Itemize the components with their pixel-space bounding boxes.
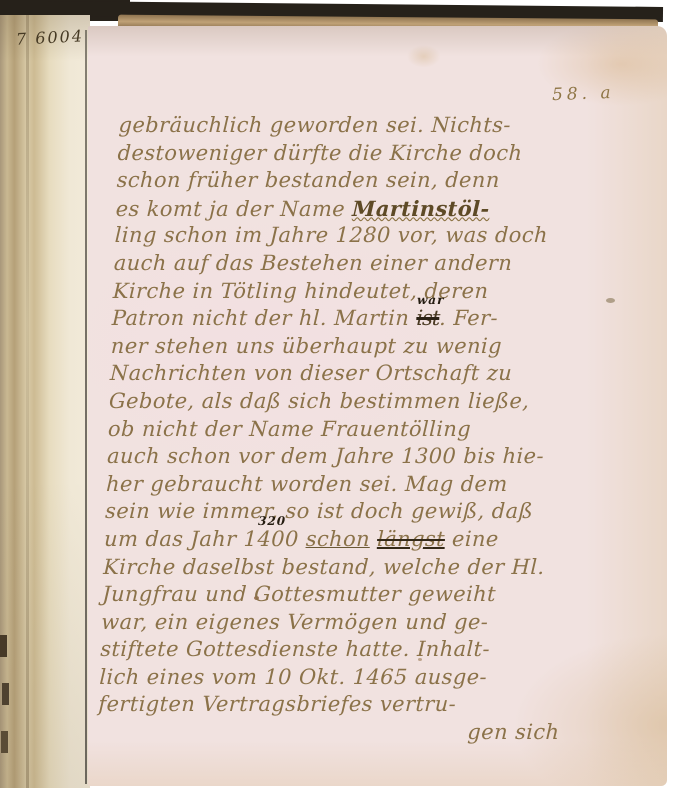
text-line: Gebote, als daß sich bestimmen ließe,	[108, 388, 589, 416]
text-segment: längst	[377, 527, 446, 551]
text-segment: stiftete Gottesdienste hatte. Inhalt-	[100, 637, 491, 661]
text-line: ob nicht der Name Frauentölling	[108, 416, 589, 444]
text-line: auch schon vor dem Jahre 1300 bis hie-	[107, 443, 588, 471]
text-line: auch auf das Bestehen einer andern	[113, 250, 594, 278]
text-line: Kirche in Tötling hindeutet, deren	[112, 278, 593, 306]
handwritten-text-block: gebräuchlich geworden sei. Nichts-destow…	[97, 112, 599, 747]
text-segment: Jungfrau und Gottesmutter geweiht	[102, 582, 497, 606]
text-segment: ob nicht der Name Frauentölling	[108, 417, 472, 441]
text-segment: gebräuchlich geworden sei. Nichts-	[118, 113, 511, 137]
text-segment: fertigten Vertragsbriefes vertru-	[98, 692, 457, 716]
text-segment: ling schon im Jahre 1280 vor, was doch	[114, 223, 548, 247]
text-line: war, ein eigenes Vermögen und ge-	[101, 609, 582, 637]
text-segment: destoweniger dürfte die Kirche doch	[117, 141, 523, 165]
text-segment: schon früher bestanden sein, denn	[116, 168, 500, 192]
text-segment: Nachrichten von dieser Ortschaft zu	[110, 361, 513, 385]
text-segment: schon	[305, 527, 370, 551]
text-segment: sein wie immer, so ist doch gewiß, daß	[105, 499, 534, 523]
text-segment: Gebote, als daß sich bestimmen ließe,	[109, 389, 530, 413]
text-segment: auch auf das Bestehen einer andern	[113, 251, 512, 275]
text-segment: um das Jahr 1	[104, 527, 258, 551]
text-line: Kirche daselbst bestand, welche der Hl.	[103, 554, 584, 582]
text-segment: . Fer-	[439, 306, 499, 330]
text-line: Jungfrau und Gottesmutter geweiht	[102, 581, 583, 609]
text-line: gen sich	[97, 719, 578, 747]
text-line: stiftete Gottesdienste hatte. Inhalt-	[100, 636, 581, 664]
binding-crease	[26, 15, 29, 788]
text-segment: war, ein eigenes Vermögen und ge-	[101, 610, 489, 634]
scribbled-out-word: istwar	[416, 306, 440, 330]
text-segment: Martinstöl-	[352, 196, 490, 221]
paper-stain	[606, 298, 615, 303]
text-line: her gebraucht worden sei. Mag dem	[106, 471, 587, 499]
text-line: es komt ja der Name Martinstöl-	[115, 195, 596, 223]
text-segment: her gebraucht worden sei. Mag dem	[106, 472, 508, 496]
text-segment: lich eines vom 10 Okt. 1465 ausge-	[99, 665, 488, 689]
text-line: ner stehen uns überhaupt zu wenig	[110, 333, 591, 361]
scanned-manuscript-page: 7 6004 58. a gebräuchlich geworden sei. …	[0, 0, 679, 800]
shelf-mark: 7 6004	[16, 26, 85, 49]
binding-dark-marks	[0, 635, 7, 657]
page-number: 58. a	[552, 83, 615, 105]
book-binding-edge	[0, 15, 90, 788]
inserted-correction: 320	[258, 515, 286, 527]
text-line: destoweniger dürfte die Kirche doch	[117, 140, 598, 168]
text-line: um das Jahr 1400320 schon längst eine	[104, 526, 585, 554]
text-line: sein wie immer, so ist doch gewiß, daß	[105, 498, 586, 526]
text-segment: Patron nicht der hl. Martin	[111, 306, 416, 330]
text-segment: Kirche daselbst bestand, welche der Hl.	[103, 555, 545, 579]
text-line: Patron nicht der hl. Martin istwar. Fer-	[111, 305, 592, 333]
text-segment: auch schon vor dem Jahre 1300 bis hie-	[107, 444, 545, 468]
inserted-correction: war	[417, 294, 445, 306]
margin-rule-line	[85, 30, 87, 784]
text-segment: es komt ja der Name	[115, 197, 352, 221]
text-line: ling schon im Jahre 1280 vor, was doch	[114, 222, 595, 250]
text-line: fertigten Vertragsbriefes vertru-	[98, 691, 579, 719]
text-segment: ner stehen uns überhaupt zu wenig	[110, 334, 502, 358]
text-line: Nachrichten von dieser Ortschaft zu	[109, 360, 590, 388]
text-segment: gen sich	[467, 720, 560, 744]
text-segment: eine	[445, 527, 500, 551]
text-line: lich eines vom 10 Okt. 1465 ausge-	[99, 664, 580, 692]
text-segment: 400320	[257, 527, 299, 551]
text-line: gebräuchlich geworden sei. Nichts-	[118, 112, 599, 140]
text-line: schon früher bestanden sein, denn	[116, 167, 597, 195]
